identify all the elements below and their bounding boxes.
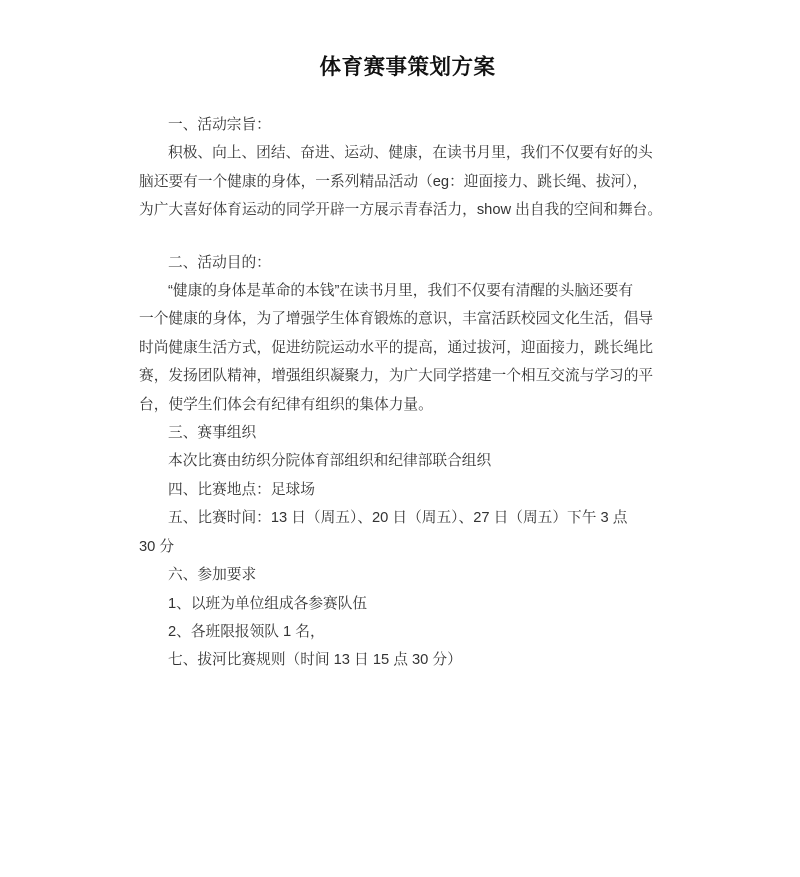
paragraph-line: 台，使学生们体会有纪律有组织的集体力量。	[139, 391, 654, 419]
paragraph-line: 为广大喜好体育运动的同学开辟一方展示青春活力，show 出自我的空间和舞台。	[139, 196, 654, 224]
section-5-heading: 五、比赛时间：13 日（周五）、20 日（周五）、27 日（周五）下午 3 点	[139, 504, 654, 532]
section-4-heading: 四、比赛地点：足球场	[139, 476, 654, 504]
paragraph-line: 一个健康的身体，为了增强学生体育锻炼的意识，丰富活跃校园文化生活，倡导	[139, 305, 654, 333]
document-page: 体育赛事策划方案 一、活动宗旨： 积极、向上、团结、奋进、运动、健康，在读书月里…	[0, 0, 800, 877]
paragraph-line: 赛，发扬团队精神，增强组织凝聚力，为广大同学搭建一个相互交流与学习的平	[139, 362, 654, 390]
section-7-heading: 七、拔河比赛规则（时间 13 日 15 点 30 分）	[139, 646, 654, 674]
section-1-heading: 一、活动宗旨：	[139, 111, 654, 139]
document-title: 体育赛事策划方案	[139, 50, 654, 84]
document-content: 体育赛事策划方案 一、活动宗旨： 积极、向上、团结、奋进、运动、健康，在读书月里…	[0, 0, 800, 675]
paragraph-line: 30 分	[139, 533, 654, 561]
section-6-heading: 六、参加要求	[139, 561, 654, 589]
paragraph-line: 积极、向上、团结、奋进、运动、健康，在读书月里，我们不仅要有好的头	[139, 139, 654, 167]
section-2-heading: 二、活动目的：	[139, 249, 654, 277]
paragraph-line: 时尚健康生活方式，促进纺院运动水平的提高，通过拔河，迎面接力，跳长绳比	[139, 334, 654, 362]
paragraph-line: 脑还要有一个健康的身体，一系列精品活动（eg：迎面接力、跳长绳、拔河），	[139, 168, 654, 196]
list-item: 2、各班限报领队 1 名，	[139, 618, 654, 646]
list-item: 1、以班为单位组成各参赛队伍	[139, 590, 654, 618]
section-3-heading: 三、赛事组织	[139, 419, 654, 447]
paragraph-line: 本次比赛由纺织分院体育部组织和纪律部联合组织	[139, 447, 654, 475]
paragraph-line: “健康的身体是革命的本钱”在读书月里，我们不仅要有清醒的头脑还要有	[139, 277, 654, 305]
blank-line	[139, 225, 654, 249]
